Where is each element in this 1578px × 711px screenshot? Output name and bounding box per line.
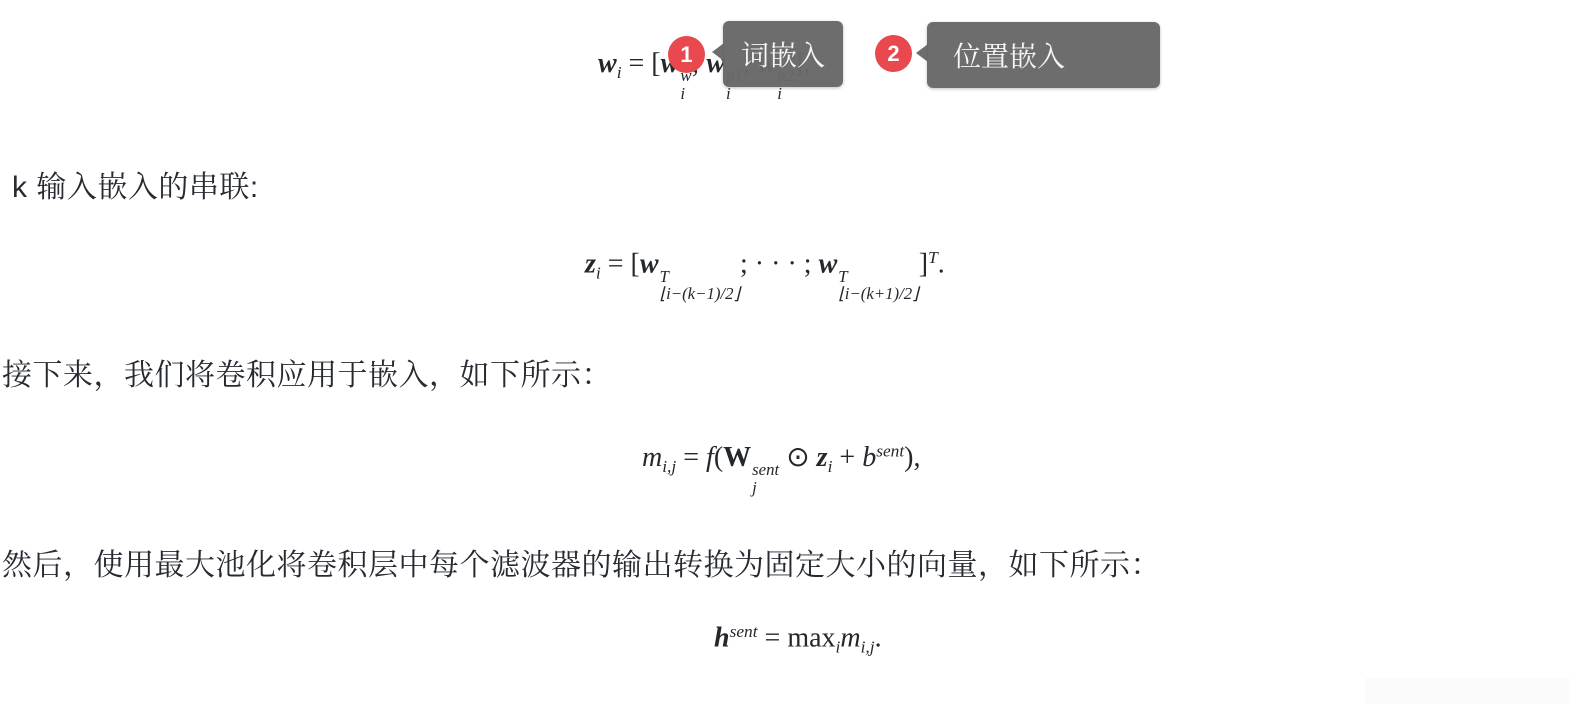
math-token: m [840, 623, 860, 654]
math-token: ; · · · ; [740, 249, 819, 280]
math-token: f [706, 442, 714, 473]
math-token: z [817, 442, 828, 473]
math-token: i,j [861, 638, 875, 657]
math-token: ( [714, 442, 723, 473]
bottom-right-faint-panel [1365, 678, 1570, 704]
annotation-badge-1-number: 1 [680, 42, 692, 68]
paragraph-convolution-intro: 接下来，我们将卷积应用于嵌入，如下所示： [2, 350, 612, 394]
math-token: . [938, 249, 945, 280]
tooltip-word-embedding-label: 词嵌入 [741, 34, 825, 74]
math-token: = [ [622, 48, 661, 79]
math-token: ), [904, 442, 920, 473]
math-token: + [832, 442, 862, 473]
math-supsub: sentj [752, 461, 779, 496]
document-page: wi = [wwi; wp1i; wp2i], 1 词嵌入 2 位置嵌入 k 输… [0, 0, 1578, 711]
math-token: = [676, 442, 706, 473]
math-token: W [723, 442, 751, 473]
paragraph-max-pooling-intro: 然后，使用最大池化将卷积层中每个滤波器的输出转换为固定大小的向量，如下所示： [2, 540, 1161, 584]
annotation-badge-2[interactable]: 2 [875, 35, 912, 72]
equation-convolution-m: mi,j = f(Wsentj ⊙ zi + bsent), [642, 440, 920, 496]
annotation-badge-1[interactable]: 1 [668, 36, 705, 73]
math-token: w [819, 249, 838, 280]
math-token: sent [876, 441, 904, 460]
math-supsub: T⌊i−(k+1)/2⌋ [838, 268, 918, 303]
math-token: ⊙ [779, 442, 816, 473]
math-token: . [875, 623, 882, 654]
equation-max-pooling-h: hsent = maximi,j. [714, 622, 882, 658]
tooltip-word-embedding: 词嵌入 [723, 21, 843, 87]
math-token: h [714, 623, 730, 654]
math-token: = max [758, 623, 836, 654]
math-token: m [642, 442, 662, 473]
math-token: = [ [601, 249, 640, 280]
math-token: w [598, 48, 617, 79]
annotation-badge-2-number: 2 [887, 41, 899, 67]
math-supsub: T⌊i−(k−1)/2⌋ [660, 268, 740, 303]
math-token: w [640, 249, 659, 280]
tooltip-position-embedding-label: 位置嵌入 [953, 35, 1065, 75]
math-token: z [585, 249, 596, 280]
tooltip-position-embedding: 位置嵌入 [927, 22, 1160, 88]
paragraph-concatenation: k 输入嵌入的串联: [12, 162, 259, 206]
math-token: sent [730, 622, 758, 641]
equation-concatenation-z: zi = [wT⌊i−(k−1)/2⌋; · · · ; wT⌊i−(k+1)/… [585, 248, 945, 303]
math-token: b [862, 442, 876, 473]
math-token: T [928, 248, 938, 267]
math-token: i,j [662, 457, 676, 476]
math-token: ] [919, 249, 928, 280]
